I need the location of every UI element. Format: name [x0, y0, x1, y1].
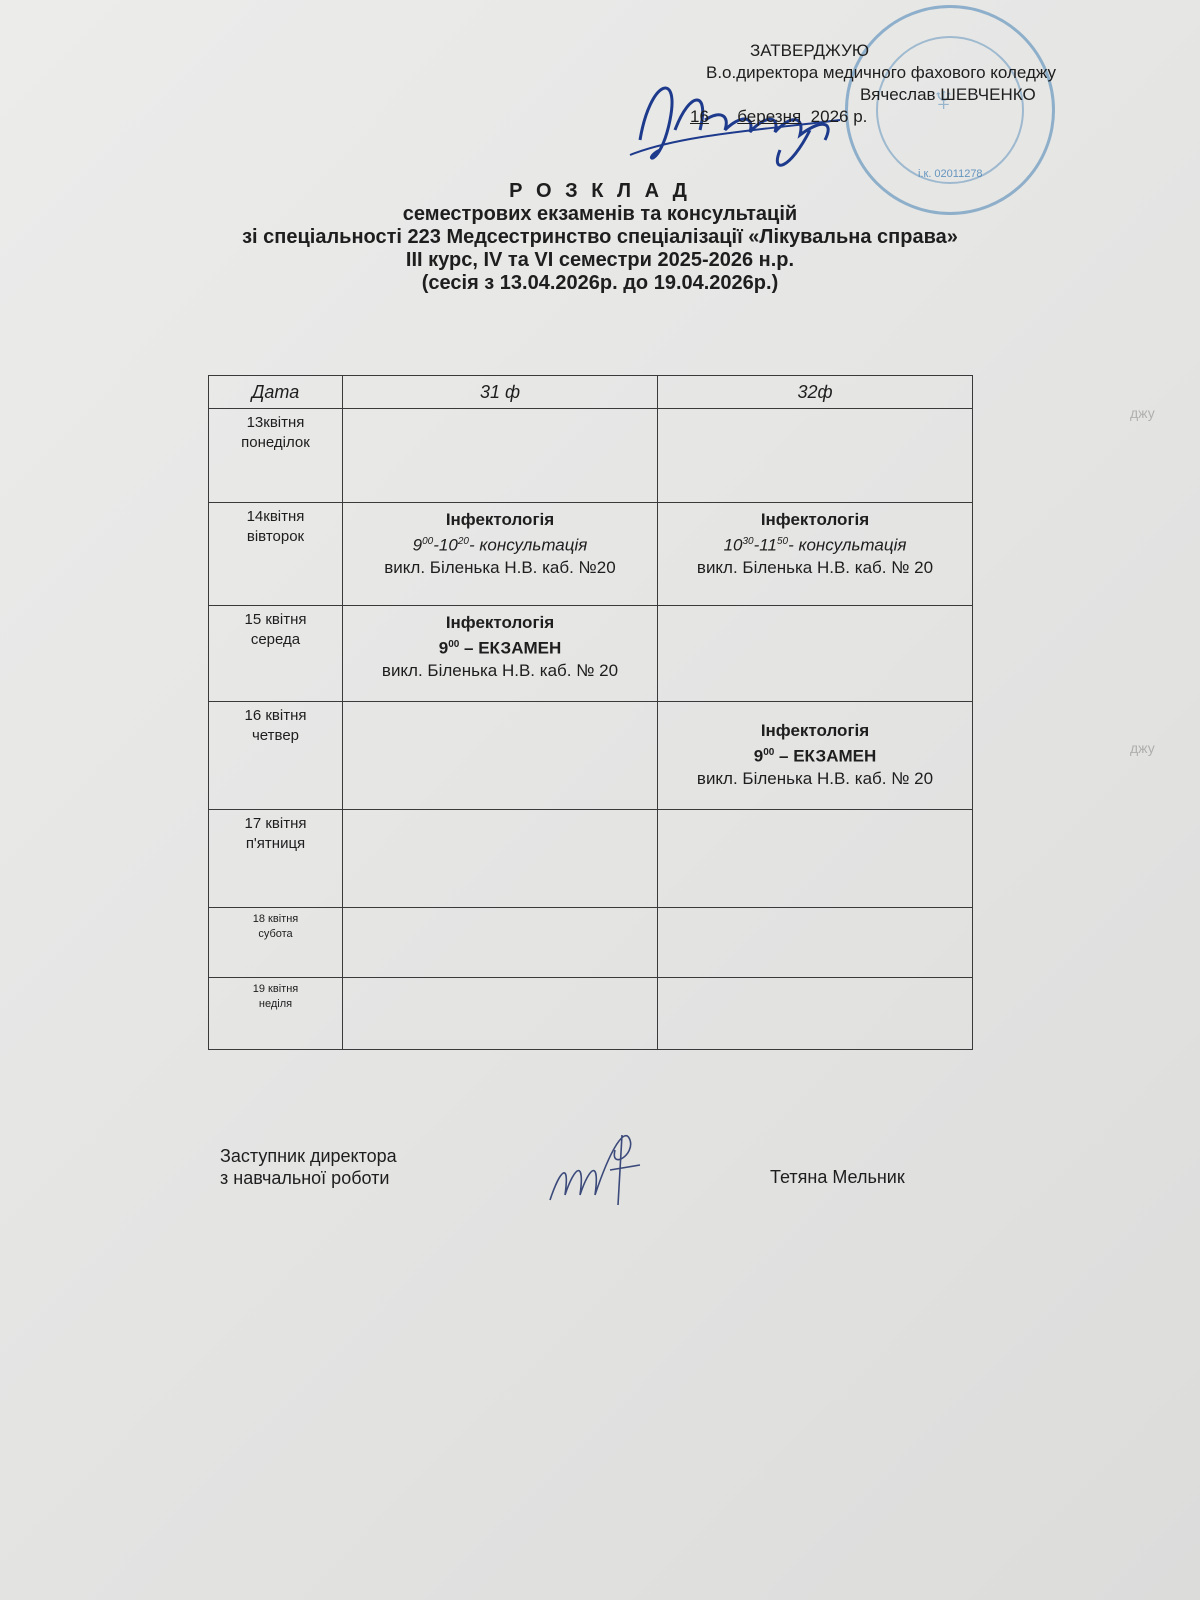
- group-32-cell: [658, 409, 973, 503]
- header-group-32: 32ф: [658, 376, 973, 409]
- subject: Інфектологія: [658, 509, 972, 531]
- teacher-room: викл. Біленька Н.В. каб. № 20: [658, 768, 972, 790]
- title-line4: (сесія з 13.04.2026р. до 19.04.2026р.): [0, 272, 1200, 295]
- show-through-text: джу: [1130, 740, 1155, 756]
- date-cell: 16 квітнячетвер: [209, 702, 343, 810]
- table-row: 17 квітняп'ятниця: [209, 810, 973, 908]
- subject: Інфектологія: [343, 612, 657, 634]
- table-row: 18 квітнясубота: [209, 908, 973, 978]
- approver-name: Вячеслав ШЕВЧЕНКО: [860, 84, 1036, 105]
- group-31-cell: [343, 702, 658, 810]
- group-31-cell: [343, 978, 658, 1050]
- date-cell: 13квітняпонеділок: [209, 409, 343, 503]
- table-row: 13квітняпонеділок: [209, 409, 973, 503]
- consultation-time: 900-1020- консультація: [343, 531, 657, 557]
- group-31-cell: Інфектологія 900-1020- консультація викл…: [343, 503, 658, 606]
- show-through-text: джу: [1130, 405, 1155, 421]
- approval-year: 2026 р.: [811, 107, 868, 126]
- footer-position: Заступник директора з навчальної роботи: [220, 1145, 397, 1189]
- exam-time: 900 – ЕКЗАМЕН: [343, 634, 657, 660]
- date-cell: 18 квітнясубота: [209, 908, 343, 978]
- table-row: 16 квітнячетвер Інфектологія 900 – ЕКЗАМ…: [209, 702, 973, 810]
- stamp-code: і.к. 02011278: [918, 168, 983, 180]
- deputy-name: Тетяна Мельник: [770, 1167, 905, 1188]
- group-32-cell: [658, 606, 973, 702]
- group-31-cell: [343, 908, 658, 978]
- group-31-cell: [343, 810, 658, 908]
- document-title: Р О З К Л А Д семестрових екзаменів та к…: [0, 180, 1200, 295]
- date-cell: 19 квітнянеділя: [209, 978, 343, 1050]
- table-row: 14квітнявівторок Інфектологія 900-1020- …: [209, 503, 973, 606]
- approve-word: ЗАТВЕРДЖУЮ: [750, 40, 869, 61]
- approval-month: березня: [737, 107, 801, 126]
- exam-time: 900 – ЕКЗАМЕН: [658, 742, 972, 768]
- group-32-cell: [658, 978, 973, 1050]
- group-31-cell: Інфектологія 900 – ЕКЗАМЕН викл. Біленьк…: [343, 606, 658, 702]
- approval-day: 16: [690, 107, 709, 126]
- teacher-room: викл. Біленька Н.В. каб. № 20: [658, 557, 972, 579]
- header-date: Дата: [209, 376, 343, 409]
- schedule-table: Дата 31 ф 32ф 13квітняпонеділок 14квітня…: [208, 375, 973, 1050]
- subject: Інфектологія: [343, 509, 657, 531]
- date-cell: 14квітнявівторок: [209, 503, 343, 606]
- group-31-cell: [343, 409, 658, 503]
- approver-position: В.о.директора медичного фахового коледжу: [706, 62, 1056, 83]
- date-cell: 17 квітняп'ятниця: [209, 810, 343, 908]
- group-32-cell: Інфектологія 900 – ЕКЗАМЕН викл. Біленьк…: [658, 702, 973, 810]
- teacher-room: викл. Біленька Н.В. каб. № 20: [343, 660, 657, 682]
- title-line1: семестрових екзаменів та консультацій: [0, 203, 1200, 226]
- title-heading: Р О З К Л А Д: [0, 180, 1200, 203]
- deputy-signature: [540, 1120, 660, 1210]
- title-line2: зі спеціальності 223 Медсестринство спец…: [0, 226, 1200, 249]
- title-line3: ІІІ курс, ІV та VІ семестри 2025-2026 н.…: [0, 249, 1200, 272]
- subject: Інфектологія: [658, 720, 972, 742]
- teacher-room: викл. Біленька Н.В. каб. №20: [343, 557, 657, 579]
- table-row: 19 квітнянеділя: [209, 978, 973, 1050]
- consultation-time: 1030-1150- консультація: [658, 531, 972, 557]
- table-row: 15 квітнясереда Інфектологія 900 – ЕКЗАМ…: [209, 606, 973, 702]
- group-32-cell: Інфектологія 1030-1150- консультація вик…: [658, 503, 973, 606]
- date-cell: 15 квітнясереда: [209, 606, 343, 702]
- group-32-cell: [658, 810, 973, 908]
- header-group-31: 31 ф: [343, 376, 658, 409]
- table-header-row: Дата 31 ф 32ф: [209, 376, 973, 409]
- group-32-cell: [658, 908, 973, 978]
- approval-date: 16 березня 2026 р.: [690, 106, 867, 127]
